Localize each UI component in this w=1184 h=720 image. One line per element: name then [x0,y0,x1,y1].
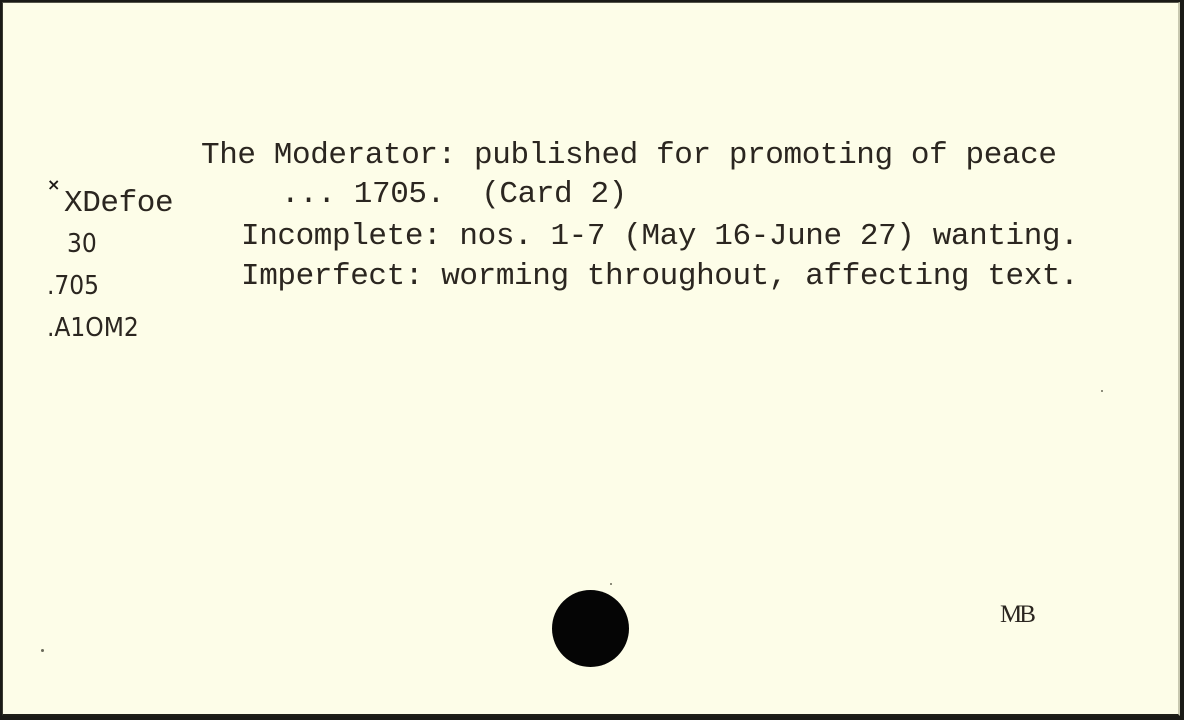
speck [610,583,612,585]
call-number-line-2: 30 [67,231,97,257]
cataloger-initials: MB [1000,601,1033,629]
call-number-line-3: .705 [47,273,99,299]
catalog-card: × XDefoe 30 .705 .A1OM2 The Moderator: p… [2,2,1180,716]
note-incomplete: Incomplete: nos. 1-7 (May 16-June 27) wa… [241,221,1078,252]
note-imperfect: Imperfect: worming throughout, affecting… [241,261,1078,292]
title-line: The Moderator: published for promoting o… [201,140,1057,171]
punch-hole-icon [552,590,629,667]
imprint-line: ... 1705. (Card 2) [281,179,627,210]
marker-icon: × [47,175,60,194]
call-number-line-1: XDefoe [64,188,173,219]
call-number-line-4: .A1OM2 [47,315,139,341]
speck [41,649,44,652]
speck [1101,390,1103,392]
